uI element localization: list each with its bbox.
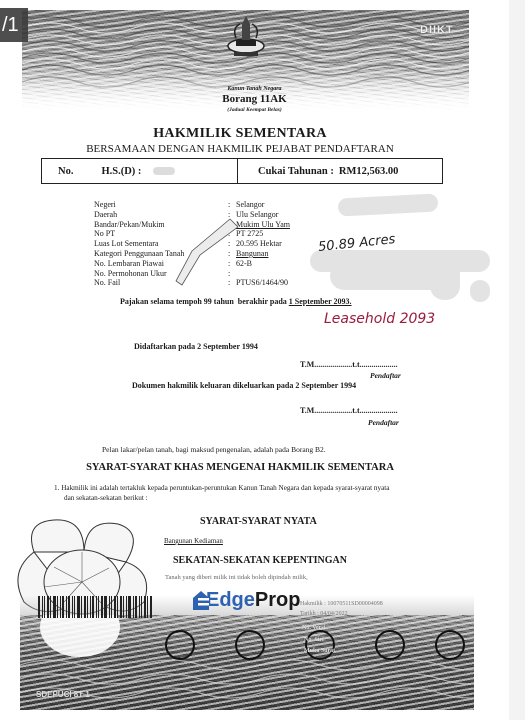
redacted-hs-number [153, 167, 175, 175]
siri-label: No. Siri [304, 637, 324, 643]
barcode-bar [101, 596, 103, 618]
field-value: PT 2725 [236, 229, 263, 239]
barcode-bar [109, 596, 110, 618]
versi-label: No. Versi [302, 625, 325, 631]
barcode-bar [68, 596, 70, 618]
schedule-name: (Jadual Keempat Belas) [0, 107, 509, 113]
handwritten-tenure-note: Leasehold 2093 [324, 311, 435, 327]
annual-tax-cell: Cukai Tahunan : RM12,563.00 [238, 166, 442, 177]
plan-note: Pelan lakar/pelan tanah, bagi maksud pen… [102, 445, 326, 454]
registrar-label-2: Pendaftar [368, 418, 399, 427]
form-name: Borang 11AK [0, 93, 509, 105]
barcode-bar [104, 596, 107, 618]
signature-line-1: T.M...................t.t...............… [300, 360, 398, 369]
barcode-bar [141, 596, 142, 618]
watermark-text: DIIKT [420, 24, 454, 36]
hakmilik-label: Hakmilik [300, 601, 323, 607]
edgeprop-watermark-logo: Edge Prop [193, 590, 300, 610]
act-name: Kanun Tanah Negara [0, 86, 509, 92]
field-value: 20.595 Hektar [236, 239, 282, 249]
barcode-bar [139, 596, 140, 618]
field-value: Selangor [236, 200, 264, 210]
barcode-bar [74, 596, 75, 618]
barcode-bar [111, 596, 112, 618]
lease-ends-label: berakhir pada [238, 297, 287, 306]
barcode-bar [98, 596, 99, 618]
issued-line: Dokumen hakmilik keluaran dikeluarkan pa… [132, 381, 356, 390]
redacted-area [470, 280, 490, 302]
barcode-bar [81, 596, 82, 618]
registered-label: Didaftarkan pada [134, 342, 195, 351]
redacted-area [338, 193, 439, 216]
registered-date: 2 September 1994 [197, 342, 258, 351]
restrictions-title: SEKATAN-SEKATAN KEPENTINGAN [173, 555, 347, 566]
registered-line: Didaftarkan pada 2 September 1994 [134, 342, 258, 351]
field-value: Bangunan [236, 249, 268, 259]
signature-line-2: T.M...................t.t...............… [300, 406, 398, 415]
barcode-bar [144, 596, 146, 618]
barcode-bar [123, 596, 124, 618]
field-value: Ulu Selangor [236, 210, 278, 220]
barcode-bar [38, 596, 40, 618]
barcode-bar [60, 596, 61, 618]
barcode-bar [77, 596, 80, 618]
field-row: Negeri:Selangor [94, 200, 290, 210]
redacted-area [430, 255, 460, 300]
barcode-bar [90, 596, 91, 618]
barcode-bar [72, 596, 73, 618]
title-number-box: No. H.S.(D) : Cukai Tahunan : RM12,563.0… [41, 158, 443, 184]
item-text-line-1: Hakmilik ini adalah tertakluk kepada per… [61, 484, 389, 492]
lease-years: 99 tahun [204, 297, 234, 306]
barcode-bar [133, 596, 134, 618]
barcode-bar [120, 596, 122, 618]
barcode-bar [126, 596, 127, 618]
barcode-bar [44, 596, 45, 618]
lease-line: Pajakan selama tempoh 99 tahun berakhir … [120, 297, 352, 306]
page-counter: /1 [0, 8, 28, 42]
barcode-bar [135, 596, 137, 618]
special-conditions-item: 1. Hakmilik ini adalah tertakluk kepada … [54, 484, 389, 492]
state-crest-icon [222, 12, 270, 60]
tax-value: RM12,563.00 [339, 166, 399, 177]
logo-text-prop: Prop [255, 590, 301, 610]
barcode-bar [66, 596, 67, 618]
barcode-bar [53, 596, 56, 618]
barcode-bar [42, 596, 43, 618]
barcode-bar [117, 596, 118, 618]
barcode-bar [150, 596, 152, 618]
barcode-bar [96, 596, 97, 618]
restrictions-text: Tanah yang diberi milik ini tidak boleh … [165, 574, 308, 581]
logo-text-edge: Edge [206, 590, 255, 610]
express-conditions-text: Bangunan Kediaman [164, 537, 223, 545]
registrar-label-1: Pendaftar [370, 371, 401, 380]
tax-label: Cukai Tahunan : [258, 166, 334, 177]
tarikh-meta: Tarikh : 04/04/2022 [300, 611, 348, 617]
item-text-line-2: dan sekatan-sekatan berikut : [64, 494, 148, 502]
barcode-bar [84, 596, 86, 618]
lease-end-date: 1 September 2093. [289, 297, 352, 306]
issued-date: 2 September 1994 [295, 381, 356, 390]
tarikh-label: Tarikh [300, 611, 316, 617]
express-conditions-title: SYARAT-SYARAT NYATA [200, 516, 317, 527]
barcode-bar [92, 596, 94, 618]
document-subtitle: BERSAMAAN DENGAN HAKMILIK PEJABAT PENDAF… [0, 143, 480, 155]
hakmilik-value: 10070511SD00004098 [327, 601, 382, 607]
no-label: No. [58, 166, 73, 177]
hs-label: H.S.(D) : [101, 166, 141, 177]
footer-code: SDEPUCI 8T 1 [36, 690, 90, 699]
hakmilik-meta: Hakmilik : 10070511SD00004098 [300, 601, 383, 607]
field-value: Mukim Ulu Yam [236, 220, 290, 230]
house-logo-icon [193, 590, 209, 610]
lease-prefix: Pajakan selama tempoh [120, 297, 202, 306]
barcode-bar [128, 596, 131, 618]
barcode-bar [62, 596, 64, 618]
barcode-bar [47, 596, 49, 618]
pen-scribble-icon [170, 215, 240, 295]
muka-label: Muka Surat [304, 648, 335, 654]
barcode-bar [147, 596, 148, 618]
item-number: 1. [54, 484, 59, 492]
barcode-bar [87, 596, 88, 618]
barcode-bar [50, 596, 51, 618]
issued-label: Dokumen hakmilik keluaran dikeluarkan pa… [132, 381, 293, 390]
viewer-scroll-gutter [509, 0, 525, 720]
field-label: Negeri [94, 200, 228, 210]
barcode-bar [114, 596, 116, 618]
tarikh-value: 04/04/2022 [320, 611, 347, 617]
title-number-cell: No. H.S.(D) : [42, 159, 238, 183]
document-title: HAKMILIK SEMENTARA [0, 126, 480, 142]
barcode [38, 596, 158, 618]
barcode-bar [57, 596, 58, 618]
special-conditions-title: SYARAT-SYARAT KHAS MENGENAI HAKMILIK SEM… [0, 462, 480, 473]
field-separator: : [228, 200, 236, 210]
document-page: DIIKT /1 Kanun Tanah Negara Borang 11AK … [0, 0, 509, 720]
field-value: PTUS6/1464/90 [236, 278, 288, 288]
